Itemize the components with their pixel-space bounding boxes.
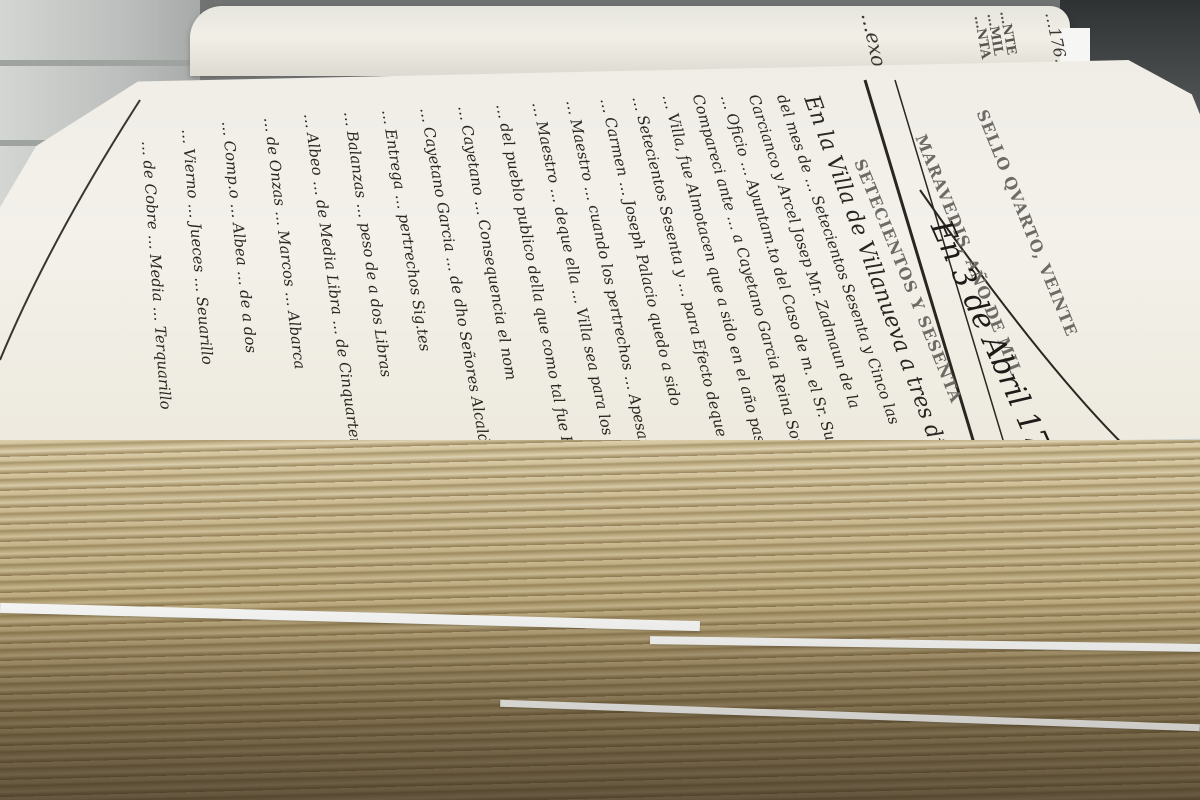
back-document-printed-heading: …NTE …MIL …NTA — [972, 10, 1018, 61]
shelf-slat — [0, 60, 200, 66]
stack-shadow — [0, 600, 1200, 800]
photo-scene: …NTE …MIL …NTA …exo …176… SELLO QVARTO, … — [0, 0, 1200, 800]
